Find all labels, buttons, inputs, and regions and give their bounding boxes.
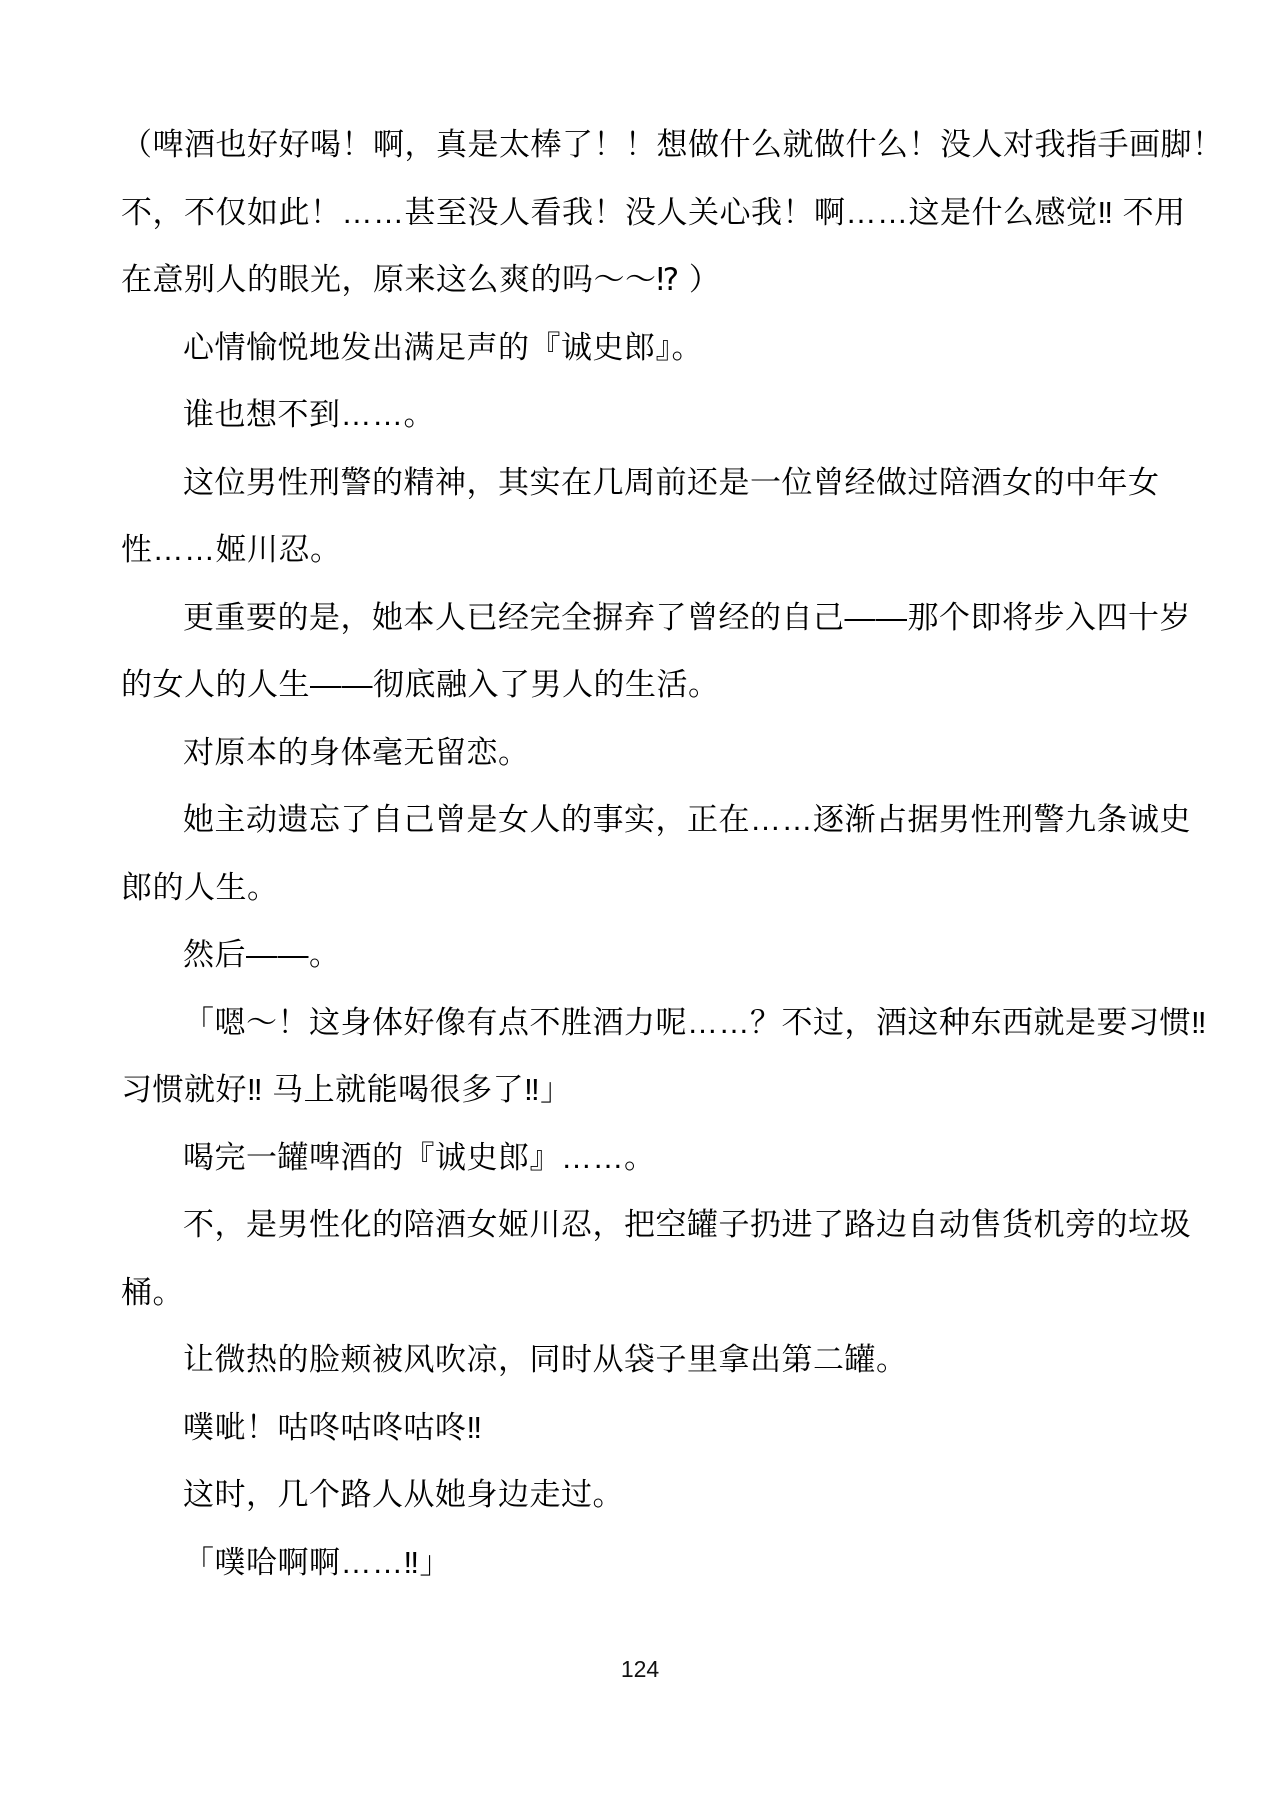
text-line: 「噗哈啊啊……‼」 xyxy=(121,1529,1201,1597)
text-line: 在意别人的眼光，原来这么爽的吗～～⁉ ） xyxy=(121,246,1201,314)
text-line: 习惯就好‼ 马上就能喝很多了‼」 xyxy=(121,1056,1201,1124)
text-line: 的女人的人生——彻底融入了男人的生活。 xyxy=(121,651,1201,719)
text-line: 不，是男性化的陪酒女姬川忍，把空罐子扔进了路边自动售货机旁的垃圾 xyxy=(121,1191,1201,1259)
text-line: 然后——。 xyxy=(121,921,1201,989)
text-line: 性……姬川忍。 xyxy=(121,516,1201,584)
text-line: 更重要的是，她本人已经完全摒弃了曾经的自己——那个即将步入四十岁 xyxy=(121,584,1201,652)
text-line: 这位男性刑警的精神，其实在几周前还是一位曾经做过陪酒女的中年女 xyxy=(121,449,1201,517)
text-line: 对原本的身体毫无留恋。 xyxy=(121,719,1201,787)
text-line: 她主动遗忘了自己曾是女人的事实，正在……逐渐占据男性刑警九条诚史 xyxy=(121,786,1201,854)
text-line: 这时，几个路人从她身边走过。 xyxy=(121,1461,1201,1529)
text-line: 心情愉悦地发出满足声的『诚史郎』。 xyxy=(121,314,1201,382)
text-line: 桶。 xyxy=(121,1259,1201,1327)
text-line: 谁也想不到……。 xyxy=(121,381,1201,449)
page-number: 124 xyxy=(0,1655,1280,1683)
document-page: （啤酒也好好喝！啊，真是太棒了！！想做什么就做什么！没人对我指手画脚！ 不，不仅… xyxy=(0,0,1280,1810)
text-line: （啤酒也好好喝！啊，真是太棒了！！想做什么就做什么！没人对我指手画脚！ xyxy=(121,111,1201,179)
text-line: 郎的人生。 xyxy=(121,854,1201,922)
text-line: 噗呲！咕咚咕咚咕咚‼ xyxy=(121,1394,1201,1462)
text-line: 不，不仅如此！……甚至没人看我！没人关心我！啊……这是什么感觉‼ 不用 xyxy=(121,179,1201,247)
text-line: 让微热的脸颊被风吹凉，同时从袋子里拿出第二罐。 xyxy=(121,1326,1201,1394)
text-block: （啤酒也好好喝！啊，真是太棒了！！想做什么就做什么！没人对我指手画脚！ 不，不仅… xyxy=(121,111,1201,1596)
text-line: 「嗯～！这身体好像有点不胜酒力呢……？不过，酒这种东西就是要习惯‼ xyxy=(121,989,1201,1057)
text-line: 喝完一罐啤酒的『诚史郎』……。 xyxy=(121,1124,1201,1192)
